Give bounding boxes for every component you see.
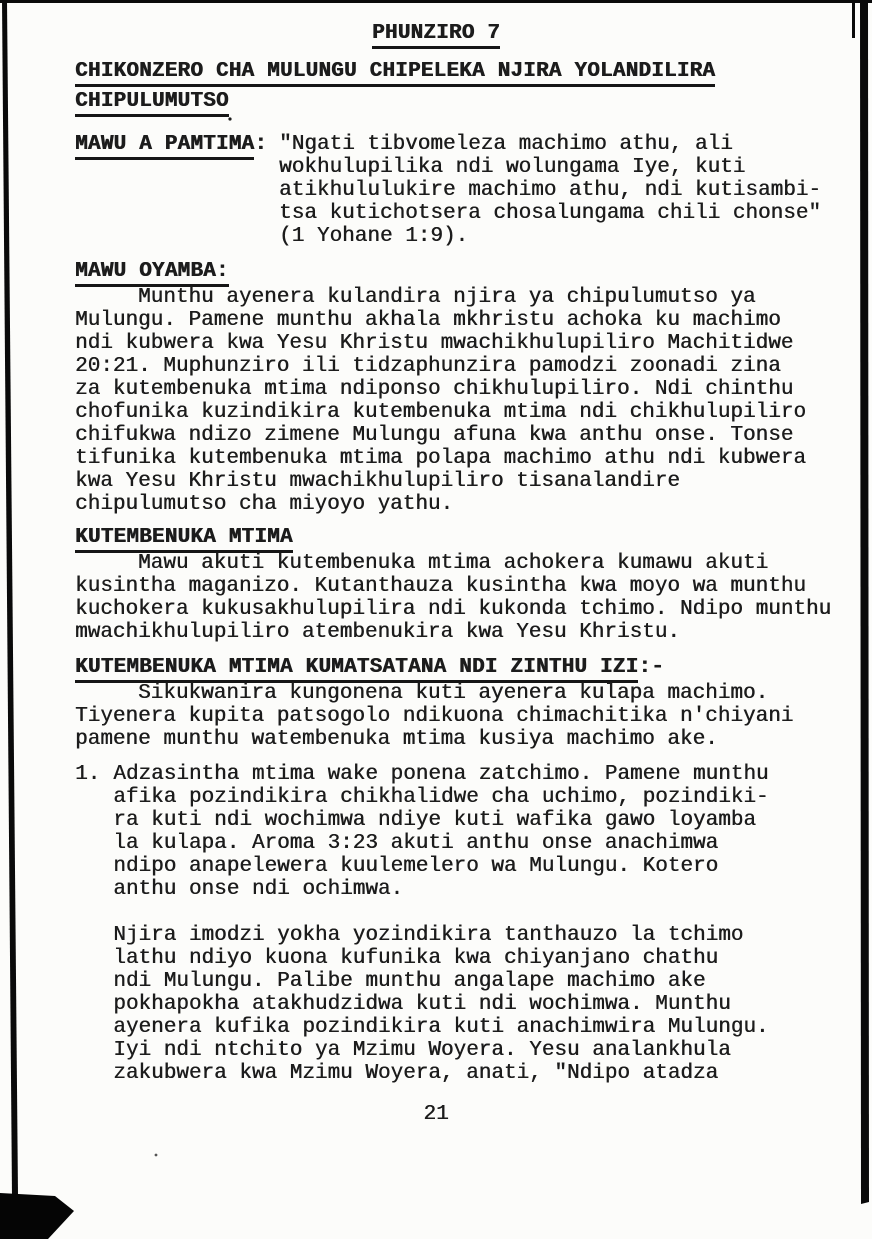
page-title: PHUNZIRO 7 [372, 22, 500, 49]
steps-section-intro-paragraph: Sikukwanira kungonena kuti ayenera kulap… [75, 682, 864, 751]
repentance-section-heading: KUTEMBENUKA MTIMA [75, 524, 864, 552]
numbered-item-1-marker: 1. [75, 763, 100, 786]
scan-corner-wedge [0, 1193, 74, 1239]
scan-speck-2 [155, 1154, 158, 1157]
memory-verse-label-colon: : [254, 133, 267, 156]
lesson-heading-line1: CHIKONZERO CHA MULUNGU CHIPELEKA NJIRA Y… [75, 60, 715, 87]
page-number: 21 [423, 1103, 448, 1126]
lesson-heading: CHIKONZERO CHA MULUNGU CHIPELEKA NJIRA Y… [75, 57, 864, 117]
intro-section-heading: MAWU OYAMBA: [75, 258, 864, 286]
memory-verse-block: MAWU A PAMTIMA: "Ngati tibvomeleza machi… [75, 133, 864, 248]
steps-section-heading-suffix: :- [638, 656, 664, 679]
repentance-section-paragraph: Mawu akuti kutembenuka mtima achokera ku… [75, 552, 864, 644]
numbered-item-1: 1. Adzasintha mtima wake ponena zatchimo… [75, 763, 864, 1085]
memory-verse-text: "Ngati tibvomeleza machimo athu, ali wok… [279, 133, 821, 248]
memory-verse-label: MAWU A PAMTIMA: [75, 133, 267, 156]
lesson-heading-line2: CHIPULUMUTSO [75, 90, 229, 117]
steps-section-heading: KUTEMBENUKA MTIMA KUMATSATANA NDI ZINTHU… [75, 654, 864, 682]
scanned-document-page: PHUNZIRO 7 CHIKONZERO CHA MULUNGU CHIPEL… [0, 0, 872, 1239]
numbered-item-1-text: Adzasintha mtima wake ponena zatchimo. P… [113, 763, 768, 1085]
intro-section-paragraph: Munthu ayenera kulandira njira ya chipul… [75, 286, 864, 516]
